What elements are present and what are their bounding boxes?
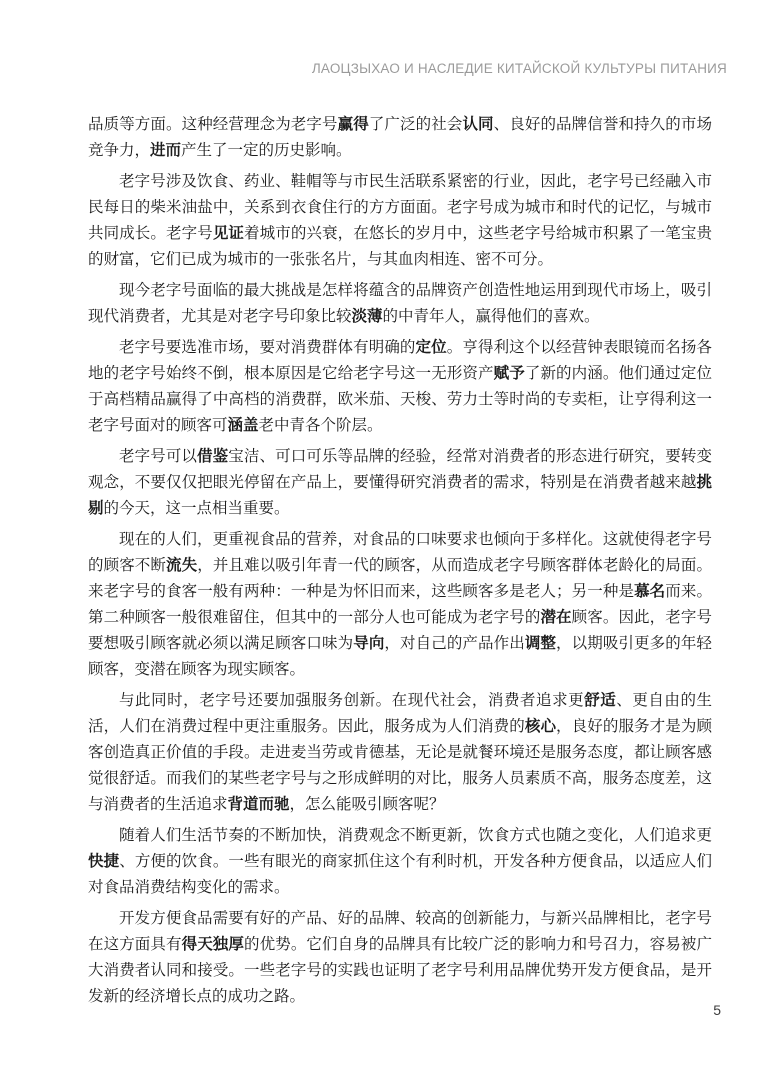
body-text: 随着人们生活节奏的不断加快，消费观念不断更新，饮食方式也随之变化，人们追求更 <box>119 827 712 844</box>
body-text: 老中青各个阶层。 <box>259 417 383 434</box>
body-text: 的今天，这一点相当重要。 <box>104 500 290 517</box>
emphasis-text: 淡薄 <box>352 308 383 325</box>
document-page: ЛАОЦЗЫХАО И НАСЛЕДИЕ КИТАЙСКОЙ КУЛЬТУРЫ … <box>0 0 780 1080</box>
emphasis-text: 导向 <box>353 635 384 652</box>
body-text: ，怎么能吸引顾客呢？ <box>290 796 445 813</box>
emphasis-text: 认同 <box>462 116 493 133</box>
body-text: 的中青年人，赢得他们的喜欢。 <box>383 308 600 325</box>
running-header: ЛАОЦЗЫХАО И НАСЛЕДИЕ КИТАЙСКОЙ КУЛЬТУРЫ … <box>312 61 727 76</box>
emphasis-text: 背道而驰 <box>228 796 290 813</box>
emphasis-text: 赋予 <box>494 365 525 382</box>
paragraph: 老字号可以借鉴宝洁、可口可乐等品牌的经验，经常对消费者的形态进行研究，要转变观念… <box>88 444 712 522</box>
body-text: ，对自己的产品作出 <box>384 635 524 652</box>
paragraph: 与此同时，老字号还要加强服务创新。在现代社会，消费者追求更舒适、更自由的生活，人… <box>88 688 712 818</box>
paragraph: 开发方便食品需要有好的产品、好的品牌、较高的创新能力，与新兴品牌相比，老字号在这… <box>88 906 712 1010</box>
paragraph: 品质等方面。这种经营理念为老字号赢得了广泛的社会认同、良好的品牌信誉和持久的市场… <box>88 112 712 164</box>
emphasis-text: 慕名 <box>634 583 665 600</box>
emphasis-text: 调整 <box>525 635 556 652</box>
emphasis-text: 得天独厚 <box>182 936 244 953</box>
emphasis-text: 涵盖 <box>228 417 259 434</box>
emphasis-text: 流失 <box>166 557 197 574</box>
emphasis-text: 潜在 <box>540 609 571 626</box>
body-text: 了广泛的社会 <box>369 116 463 133</box>
body-text: 产生了一定的历史影响。 <box>181 142 352 159</box>
emphasis-text: 核心 <box>525 718 556 735</box>
emphasis-text: 定位 <box>416 339 447 356</box>
emphasis-text: 快捷 <box>88 853 119 870</box>
paragraph: 现今老字号面临的最大挑战是怎样将蕴含的品牌资产创造性地运用到现代市场上，吸引现代… <box>88 278 712 330</box>
emphasis-text: 舒适 <box>584 692 616 709</box>
emphasis-text: 赢得 <box>338 116 369 133</box>
body-text: 、方便的饮食。一些有眼光的商家抓住这个有利时机，开发各种方便食品，以适应人们对食… <box>88 853 712 896</box>
body-text: 品质等方面。这种经营理念为老字号 <box>88 116 338 133</box>
paragraph: 现在的人们，更重视食品的营养，对食品的口味要求也倾向于多样化。这就使得老字号的顾… <box>88 527 712 683</box>
emphasis-text: 见证 <box>213 225 244 242</box>
emphasis-text: 进而 <box>150 142 181 159</box>
paragraph: 老字号要选准市场，要对消费群体有明确的定位。亨得利这个以经营钟表眼镜而名扬各地的… <box>88 335 712 439</box>
body-text: 与此同时，老字号还要加强服务创新。在现代社会，消费者追求更 <box>119 692 584 709</box>
body-text: 老字号可以 <box>119 448 197 465</box>
emphasis-text: 借鉴 <box>197 448 228 465</box>
paragraph: 随着人们生活节奏的不断加快，消费观念不断更新，饮食方式也随之变化，人们追求更快捷… <box>88 823 712 901</box>
page-number: 5 <box>713 1002 721 1018</box>
body-content: 品质等方面。这种经营理念为老字号赢得了广泛的社会认同、良好的品牌信誉和持久的市场… <box>88 112 712 1015</box>
paragraph: 老字号涉及饮食、药业、鞋帽等与市民生活联系紧密的行业，因此，老字号已经融入市民每… <box>88 169 712 273</box>
body-text: 老字号要选准市场，要对消费群体有明确的 <box>119 339 416 356</box>
